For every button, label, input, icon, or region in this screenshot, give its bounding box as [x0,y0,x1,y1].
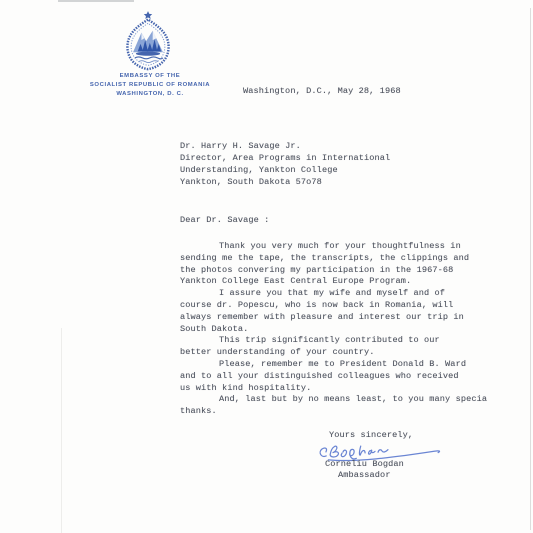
body-paragraph: This trip significantly contributed to o… [180,335,480,359]
scan-artifact-right-edge [530,8,531,530]
text-line: Yankton, South Dakota 57o78 [180,176,390,188]
scanned-letter: EMBASSY OF THESOCIALIST REPUBLIC OF ROMA… [0,0,533,533]
scan-artifact-top-line [58,0,134,2]
text-line: sending me the tape, the transcripts, th… [180,253,480,265]
text-line: Director, Area Programs in International [180,152,390,164]
scan-artifact-page-edge [61,328,62,533]
text-line: I assure you that my wife and myself and… [180,288,480,300]
text-line: WASHINGTON, D. C. [70,90,230,99]
text-line: South Dakota. [180,324,480,336]
letter-body: Thank you very much for your thoughtfuln… [180,241,480,418]
text-line: better understanding of your country. [180,347,480,359]
body-paragraph: Please, remember me to President Donald … [180,359,480,394]
text-line: And, last but by no means least, to you … [180,394,480,406]
text-line: Yankton College East Central Europe Prog… [180,276,480,288]
text-line: SOCIALIST REPUBLIC OF ROMANIA [70,81,230,90]
text-line: course dr. Popescu, who is now back in R… [180,300,480,312]
text-line: Please, remember me to President Donald … [180,359,480,371]
text-line: This trip significantly contributed to o… [180,335,480,347]
text-line: us with kind hospitality. [180,383,480,395]
text-line: always remember with pleasure and intere… [180,312,480,324]
letterhead-text: EMBASSY OF THESOCIALIST REPUBLIC OF ROMA… [70,72,230,100]
body-paragraph: And, last but by no means least, to you … [180,394,480,418]
text-line: Dr. Harry H. Savage Jr. [180,140,390,152]
date-line: Washington, D.C., May 28, 1968 [243,86,401,98]
salutation: Dear Dr. Savage : [180,215,269,227]
body-paragraph: I assure you that my wife and myself and… [180,288,480,335]
body-paragraph: Thank you very much for your thoughtfuln… [180,241,480,288]
text-line: the photos convering my participation in… [180,265,480,277]
text-line: Understanding, Yankton College [180,164,390,176]
recipient-address: Dr. Harry H. Savage Jr.Director, Area Pr… [180,140,390,188]
text-line: Thank you very much for your thoughtfuln… [180,241,480,253]
text-line: and to all your distinguished colleagues… [180,371,480,383]
romania-coat-of-arms-icon [119,9,177,75]
sender-title: Ambassador [338,470,391,482]
text-line: thanks. [180,406,480,418]
text-line: EMBASSY OF THE [70,72,230,81]
